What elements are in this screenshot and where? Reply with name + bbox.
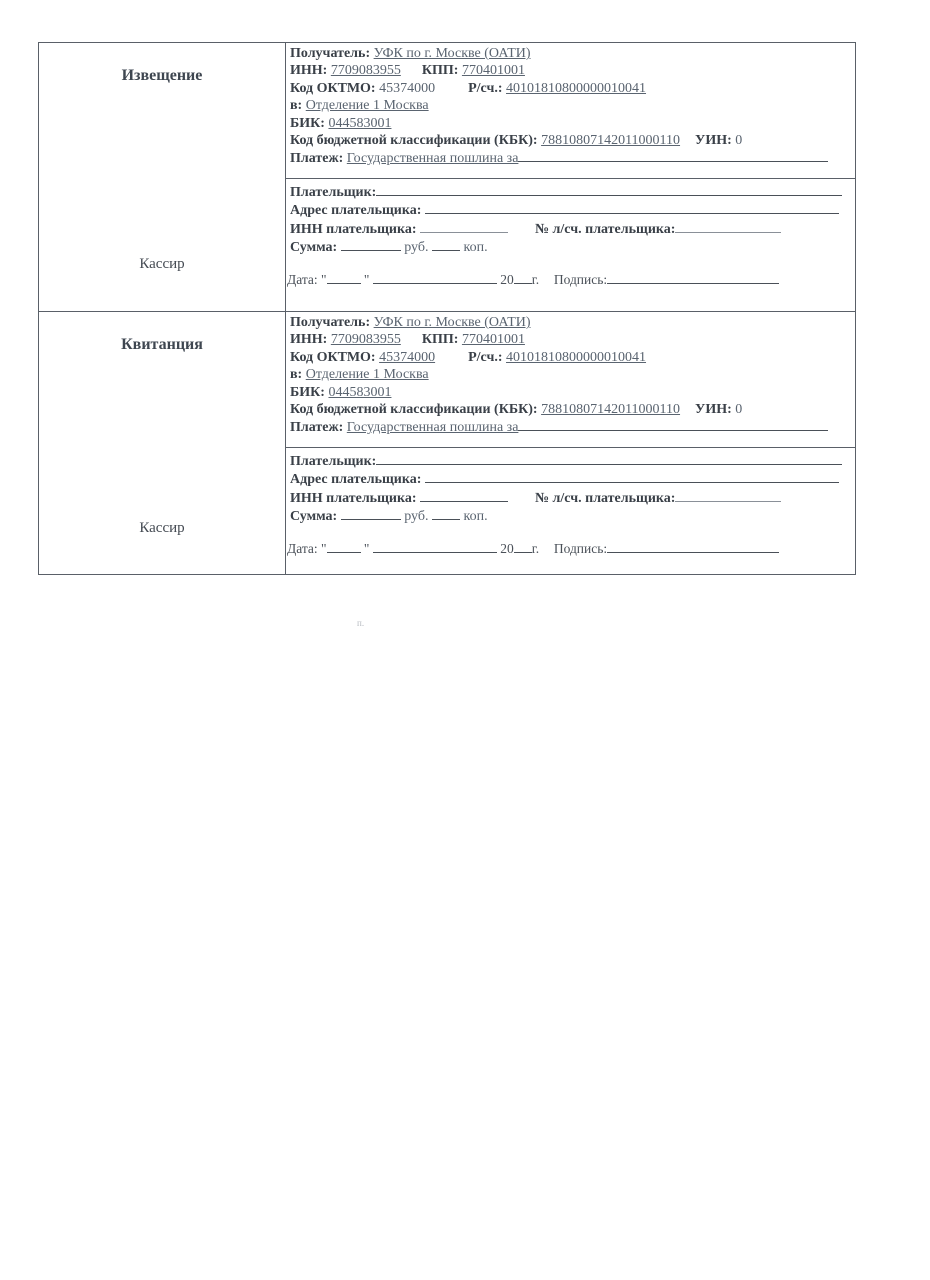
signature-label: Подпись: [554, 541, 607, 556]
payer-address-line: Адрес плательщика: [290, 201, 851, 219]
uin-value: 0 [735, 133, 742, 148]
bank-value: Отделение 1 Москва [306, 98, 429, 113]
receipt-left-column: Квитанция Кассир [39, 312, 286, 574]
bik-label: БИК: [290, 116, 325, 131]
oktmo-label: Код ОКТМО: [290, 81, 376, 96]
signature-field[interactable] [607, 540, 779, 553]
payer-block: Плательщик: Адрес плательщика: ИНН плате… [286, 448, 855, 574]
inn-label: ИНН: [290, 63, 327, 78]
payment-value: Государственная пошлина за [347, 420, 519, 435]
date-day-field[interactable] [327, 271, 361, 284]
sum-line: Сумма: руб. коп. [290, 507, 851, 525]
kbk-label: Код бюджетной классификации (КБК): [290, 402, 538, 417]
date-year-field[interactable] [514, 540, 532, 553]
inn-label: ИНН: [290, 332, 327, 347]
recipient-block: Получатель: УФК по г. Москве (ОАТИ) ИНН:… [286, 312, 855, 448]
oktmo-value: 45374000 [379, 81, 435, 96]
payer-account-field[interactable] [675, 220, 781, 233]
recipient-block: Получатель: УФК по г. Москве (ОАТИ) ИНН:… [286, 43, 855, 179]
notice-right-column: Получатель: УФК по г. Москве (ОАТИ) ИНН:… [286, 43, 855, 311]
uin-label: УИН: [695, 133, 732, 148]
notice-left-column: Извещение Кассир [39, 43, 286, 311]
payer-inn-label: ИНН плательщика: [290, 491, 416, 506]
oktmo-account-line: Код ОКТМО: 45374000 Р/сч.: 4010181080000… [290, 80, 851, 97]
payer-name-field[interactable] [376, 183, 842, 196]
recipient-line: Получатель: УФК по г. Москве (ОАТИ) [290, 45, 851, 62]
payment-purpose-field[interactable] [518, 149, 828, 162]
kbk-line: Код бюджетной классификации (КБК): 78810… [290, 132, 851, 149]
inn-value: 7709083955 [331, 332, 401, 347]
cashier-label: Кассир [39, 520, 285, 537]
bank-label: в: [290, 367, 302, 382]
kpp-label: КПП: [422, 63, 459, 78]
kbk-label: Код бюджетной классификации (КБК): [290, 133, 538, 148]
account-label: Р/сч.: [468, 350, 502, 365]
kpp-label: КПП: [422, 332, 459, 347]
recipient-label: Получатель: [290, 315, 370, 330]
cashier-label: Кассир [39, 256, 285, 273]
bank-line: в: Отделение 1 Москва [290, 97, 851, 114]
payer-line: Плательщик: [290, 183, 851, 201]
sum-kop-field[interactable] [432, 238, 460, 251]
account-value: 40101810800000010041 [506, 81, 646, 96]
payment-line: Платеж: Государственная пошлина за [290, 418, 851, 436]
signature-field[interactable] [607, 271, 779, 284]
notice-title: Извещение [39, 67, 285, 85]
rub-label: руб. [404, 240, 428, 255]
payer-name-field[interactable] [376, 452, 842, 465]
recipient-label: Получатель: [290, 46, 370, 61]
rub-label: руб. [404, 509, 428, 524]
payer-inn-label: ИНН плательщика: [290, 222, 416, 237]
date-month-field[interactable] [373, 271, 497, 284]
kpp-value: 770401001 [462, 63, 525, 78]
kbk-value: 78810807142011000110 [541, 133, 680, 148]
receipt-right-column: Получатель: УФК по г. Москве (ОАТИ) ИНН:… [286, 312, 855, 574]
bik-value: 044583001 [328, 116, 391, 131]
payer-address-label: Адрес плательщика: [290, 203, 421, 218]
payer-block: Плательщик: Адрес плательщика: ИНН плате… [286, 179, 855, 311]
recipient-value: УФК по г. Москве (ОАТИ) [374, 46, 531, 61]
year-suffix: г. [532, 541, 539, 556]
sum-label: Сумма: [290, 240, 337, 255]
payer-label: Плательщик: [290, 185, 376, 200]
payer-account-label: № л/сч. плательщика: [535, 491, 675, 506]
payer-label: Плательщик: [290, 454, 376, 469]
bik-line: БИК: 044583001 [290, 115, 851, 132]
date-day-field[interactable] [327, 540, 361, 553]
payer-address-label: Адрес плательщика: [290, 472, 421, 487]
payer-inn-line: ИНН плательщика: № л/сч. плательщика: [290, 220, 851, 238]
sum-rub-field[interactable] [341, 238, 401, 251]
payer-account-field[interactable] [675, 489, 781, 502]
payer-address-field[interactable] [425, 201, 839, 214]
date-year-field[interactable] [514, 271, 532, 284]
payer-inn-field[interactable] [420, 220, 508, 233]
oktmo-label: Код ОКТМО: [290, 350, 376, 365]
payer-address-field[interactable] [425, 470, 839, 483]
sum-kop-field[interactable] [432, 507, 460, 520]
payer-account-label: № л/сч. плательщика: [535, 222, 675, 237]
signature-label: Подпись: [554, 272, 607, 287]
payment-value: Государственная пошлина за [347, 151, 519, 166]
bik-label: БИК: [290, 385, 325, 400]
recipient-value: УФК по г. Москве (ОАТИ) [374, 315, 531, 330]
kop-label: коп. [463, 240, 487, 255]
date-signature-line: Дата: " " 20г. Подпись: [287, 271, 851, 288]
year-suffix: г. [532, 272, 539, 287]
date-signature-line: Дата: " " 20г. Подпись: [287, 540, 851, 557]
payment-label: Платеж: [290, 420, 343, 435]
payer-inn-field[interactable] [420, 489, 508, 502]
date-label: Дата: " [287, 541, 327, 556]
payer-line: Плательщик: [290, 452, 851, 470]
notice-section: Извещение Кассир Получатель: УФК по г. М… [39, 43, 855, 311]
bank-label: в: [290, 98, 302, 113]
stray-mark: п. [357, 618, 364, 628]
bik-line: БИК: 044583001 [290, 384, 851, 401]
inn-value: 7709083955 [331, 63, 401, 78]
bank-value: Отделение 1 Москва [306, 367, 429, 382]
sum-line: Сумма: руб. коп. [290, 238, 851, 256]
year-label: 20 [500, 541, 514, 556]
date-month-field[interactable] [373, 540, 497, 553]
payment-line: Платеж: Государственная пошлина за [290, 149, 851, 167]
bik-value: 044583001 [328, 385, 391, 400]
date-label: Дата: " [287, 272, 327, 287]
date-quote: " [364, 272, 370, 287]
recipient-line: Получатель: УФК по г. Москве (ОАТИ) [290, 314, 851, 331]
payment-form: Извещение Кассир Получатель: УФК по г. М… [38, 42, 856, 575]
payer-inn-line: ИНН плательщика: № л/сч. плательщика: [290, 489, 851, 507]
kbk-value: 78810807142011000110 [541, 402, 680, 417]
sum-label: Сумма: [290, 509, 337, 524]
bank-line: в: Отделение 1 Москва [290, 366, 851, 383]
date-quote: " [364, 541, 370, 556]
kop-label: коп. [463, 509, 487, 524]
uin-value: 0 [735, 402, 742, 417]
inn-kpp-line: ИНН: 7709083955 КПП: 770401001 [290, 331, 851, 348]
receipt-section: Квитанция Кассир Получатель: УФК по г. М… [39, 311, 855, 574]
kpp-value: 770401001 [462, 332, 525, 347]
year-label: 20 [500, 272, 514, 287]
kbk-line: Код бюджетной классификации (КБК): 78810… [290, 401, 851, 418]
uin-label: УИН: [695, 402, 732, 417]
inn-kpp-line: ИНН: 7709083955 КПП: 770401001 [290, 62, 851, 79]
oktmo-account-line: Код ОКТМО: 45374000 Р/сч.: 4010181080000… [290, 349, 851, 366]
account-value: 40101810800000010041 [506, 350, 646, 365]
payer-address-line: Адрес плательщика: [290, 470, 851, 488]
sum-rub-field[interactable] [341, 507, 401, 520]
oktmo-value: 45374000 [379, 350, 435, 365]
receipt-title: Квитанция [39, 336, 285, 354]
account-label: Р/сч.: [468, 81, 502, 96]
payment-label: Платеж: [290, 151, 343, 166]
payment-purpose-field[interactable] [518, 418, 828, 431]
